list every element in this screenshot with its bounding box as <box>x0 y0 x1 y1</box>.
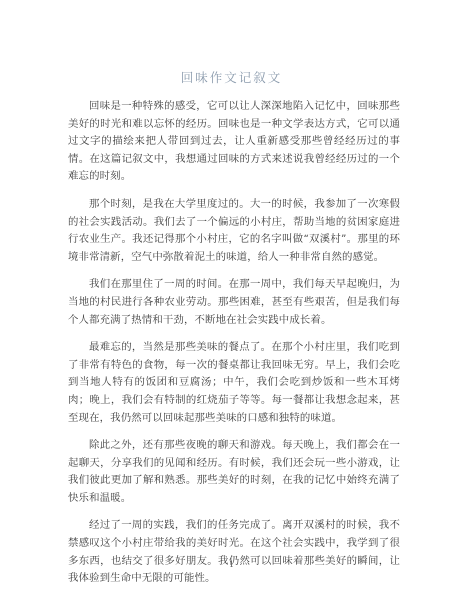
paragraph-week: 我们在那里住了一周的时间。在那一周中，我们每天早起晚归，为当地的村民进行各种农业… <box>68 276 400 329</box>
paragraph-conclusion: 经过了一周的实践，我们的任务完成了。离开双溪村的时候，我不禁感叹这个小村庄带给我… <box>68 517 400 587</box>
document-body: 回味是一种特殊的感受，它可以让人深深地陷入记忆中，回味那些美好的时光和难以忘怀的… <box>68 98 400 598</box>
page-number: 1 <box>0 560 463 569</box>
paragraph-food: 最难忘的，当然是那些美味的餐点了。在那个小村庄里，我们吃到了非常有特色的食物，每… <box>68 339 400 427</box>
paragraph-setting: 那个时刻，是我在大学里度过的。大一的时候，我参加了一次寒假的社会实践活动。我们去… <box>68 196 400 266</box>
paragraph-evenings: 除此之外，还有那些夜晚的聊天和游戏。每天晚上，我们都会在一起聊天，分享我们的见闻… <box>68 437 400 507</box>
document-title: 回味作文记叙文 <box>0 68 463 86</box>
paragraph-intro: 回味是一种特殊的感受，它可以让人深深地陷入记忆中，回味那些美好的时光和难以忘怀的… <box>68 98 400 186</box>
document-page: 回味作文记叙文 回味是一种特殊的感受，它可以让人深深地陷入记忆中，回味那些美好的… <box>0 0 463 600</box>
